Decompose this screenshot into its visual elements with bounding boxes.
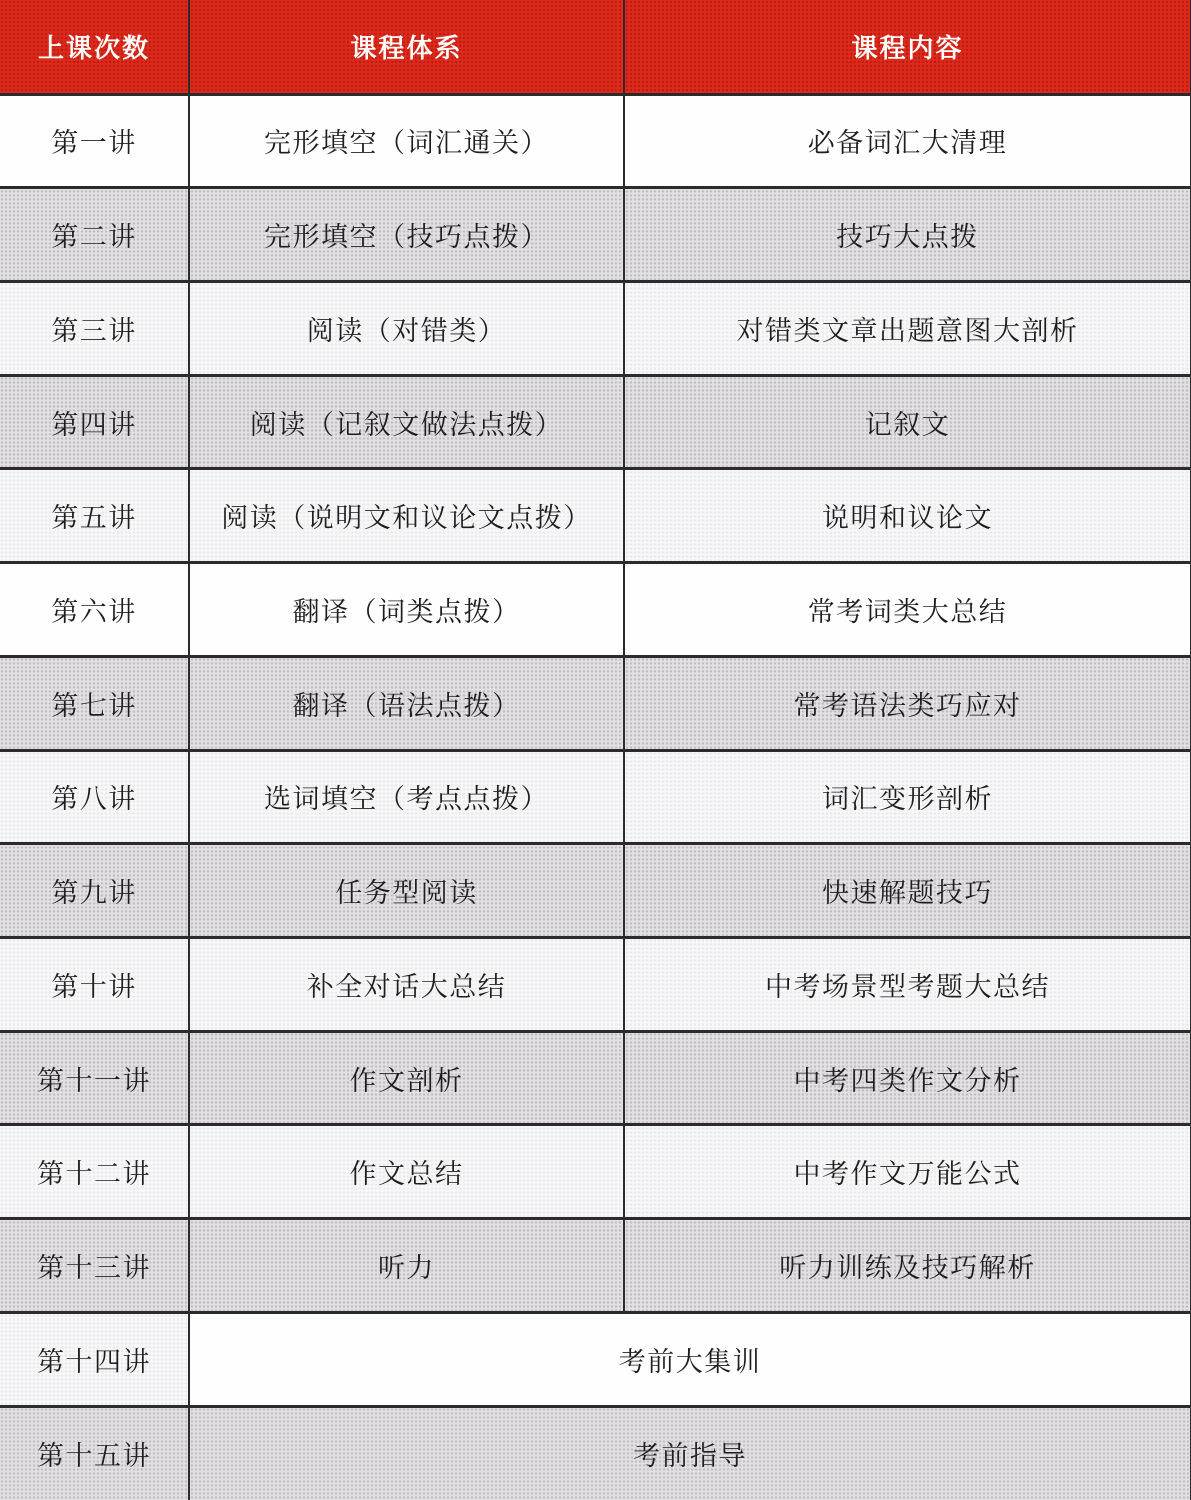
lesson-cell: 第六讲 — [0, 563, 189, 657]
content-cell: 对错类文章出题意图大剖析 — [624, 281, 1191, 375]
table-row: 第十一讲 作文剖析 中考四类作文分析 — [0, 1031, 1191, 1125]
content-cell: 听力训练及技巧解析 — [624, 1219, 1191, 1313]
table-row: 第六讲 翻译（词类点拨） 常考词类大总结 — [0, 563, 1191, 657]
table-row: 第四讲 阅读（记叙文做法点拨） 记叙文 — [0, 375, 1191, 469]
system-cell: 作文总结 — [189, 1125, 624, 1219]
content-cell: 技巧大点拨 — [624, 188, 1191, 282]
content-cell: 常考词类大总结 — [624, 563, 1191, 657]
lesson-cell: 第十三讲 — [0, 1219, 189, 1313]
lesson-cell: 第四讲 — [0, 375, 189, 469]
content-cell: 记叙文 — [624, 375, 1191, 469]
lesson-cell: 第十四讲 — [0, 1312, 189, 1406]
content-cell: 常考语法类巧应对 — [624, 656, 1191, 750]
combined-content-cell: 考前指导 — [189, 1406, 1191, 1500]
table-row: 第十二讲 作文总结 中考作文万能公式 — [0, 1125, 1191, 1219]
lesson-cell: 第一讲 — [0, 94, 189, 188]
system-cell: 翻译（词类点拨） — [189, 563, 624, 657]
course-schedule-page: 上课次数 课程体系 课程内容 第一讲 完形填空（词汇通关） 必备词汇大清理 第二… — [0, 0, 1191, 1500]
column-header-lesson-count: 上课次数 — [0, 0, 189, 94]
system-cell: 任务型阅读 — [189, 844, 624, 938]
table-body: 第一讲 完形填空（词汇通关） 必备词汇大清理 第二讲 完形填空（技巧点拨） 技巧… — [0, 94, 1191, 1500]
system-cell: 完形填空（词汇通关） — [189, 94, 624, 188]
content-cell: 快速解题技巧 — [624, 844, 1191, 938]
header-row: 上课次数 课程体系 课程内容 — [0, 0, 1191, 94]
system-cell: 阅读（记叙文做法点拨） — [189, 375, 624, 469]
system-cell: 选词填空（考点点拨） — [189, 750, 624, 844]
lesson-cell: 第八讲 — [0, 750, 189, 844]
table-row: 第一讲 完形填空（词汇通关） 必备词汇大清理 — [0, 94, 1191, 188]
system-cell: 阅读（对错类） — [189, 281, 624, 375]
table-row: 第十三讲 听力 听力训练及技巧解析 — [0, 1219, 1191, 1313]
content-cell: 说明和议论文 — [624, 469, 1191, 563]
table-header: 上课次数 课程体系 课程内容 — [0, 0, 1191, 94]
lesson-cell: 第十二讲 — [0, 1125, 189, 1219]
lesson-cell: 第九讲 — [0, 844, 189, 938]
system-cell: 阅读（说明文和议论文点拨） — [189, 469, 624, 563]
system-cell: 补全对话大总结 — [189, 937, 624, 1031]
system-cell: 作文剖析 — [189, 1031, 624, 1125]
table-row: 第五讲 阅读（说明文和议论文点拨） 说明和议论文 — [0, 469, 1191, 563]
system-cell: 完形填空（技巧点拨） — [189, 188, 624, 282]
combined-content-cell: 考前大集训 — [189, 1312, 1191, 1406]
table-row: 第二讲 完形填空（技巧点拨） 技巧大点拨 — [0, 188, 1191, 282]
content-cell: 词汇变形剖析 — [624, 750, 1191, 844]
lesson-cell: 第十讲 — [0, 937, 189, 1031]
column-header-course-content: 课程内容 — [624, 0, 1191, 94]
content-cell: 必备词汇大清理 — [624, 94, 1191, 188]
system-cell: 翻译（语法点拨） — [189, 656, 624, 750]
lesson-cell: 第五讲 — [0, 469, 189, 563]
course-schedule-table: 上课次数 课程体系 课程内容 第一讲 完形填空（词汇通关） 必备词汇大清理 第二… — [0, 0, 1191, 1500]
table-row: 第三讲 阅读（对错类） 对错类文章出题意图大剖析 — [0, 281, 1191, 375]
table-row: 第十讲 补全对话大总结 中考场景型考题大总结 — [0, 937, 1191, 1031]
system-cell: 听力 — [189, 1219, 624, 1313]
lesson-cell: 第七讲 — [0, 656, 189, 750]
table-row: 第八讲 选词填空（考点点拨） 词汇变形剖析 — [0, 750, 1191, 844]
table-row: 第十四讲 考前大集训 — [0, 1312, 1191, 1406]
lesson-cell: 第三讲 — [0, 281, 189, 375]
lesson-cell: 第十五讲 — [0, 1406, 189, 1500]
column-header-course-system: 课程体系 — [189, 0, 624, 94]
content-cell: 中考作文万能公式 — [624, 1125, 1191, 1219]
lesson-cell: 第二讲 — [0, 188, 189, 282]
content-cell: 中考四类作文分析 — [624, 1031, 1191, 1125]
table-row: 第十五讲 考前指导 — [0, 1406, 1191, 1500]
content-cell: 中考场景型考题大总结 — [624, 937, 1191, 1031]
lesson-cell: 第十一讲 — [0, 1031, 189, 1125]
table-row: 第九讲 任务型阅读 快速解题技巧 — [0, 844, 1191, 938]
table-row: 第七讲 翻译（语法点拨） 常考语法类巧应对 — [0, 656, 1191, 750]
